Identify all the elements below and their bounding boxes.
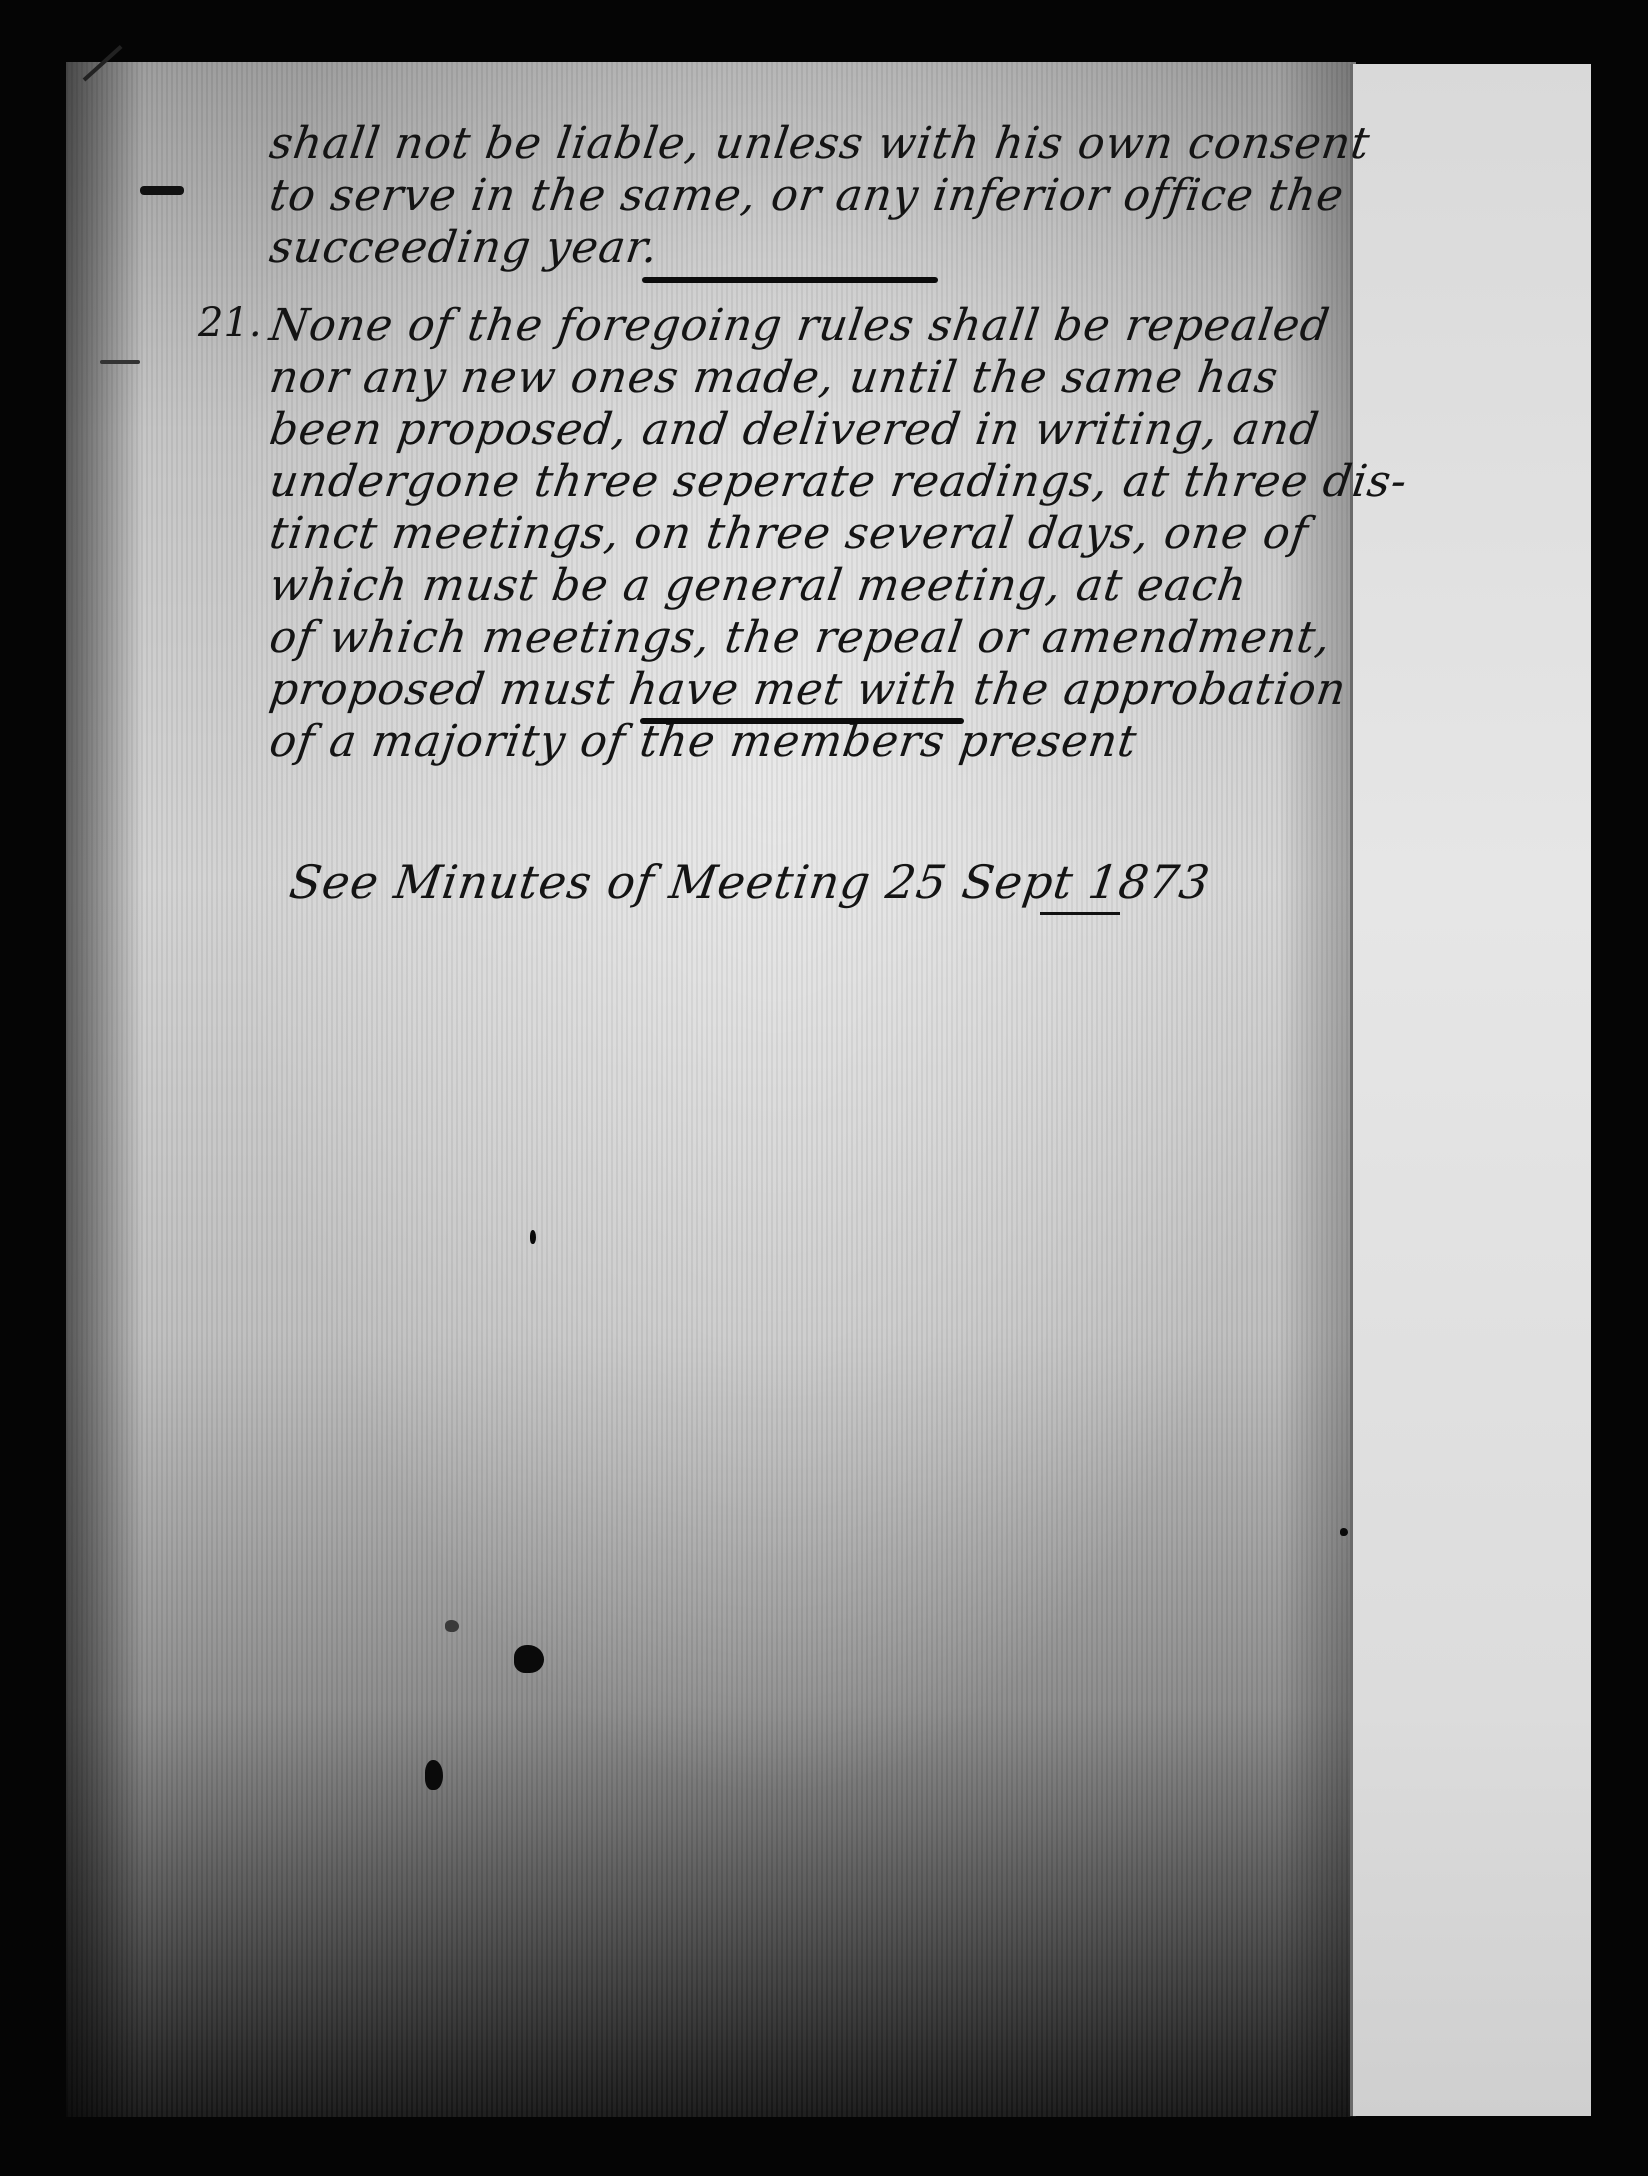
section-divider-2: [640, 718, 964, 724]
rule-21-line-5: tinct meetings, on three several days, o…: [266, 508, 1311, 559]
rule-21-line-4: undergone three seperate readings, at th…: [266, 456, 1410, 507]
rule-21-line-7: of which meetings, the repeal or amendme…: [266, 612, 1334, 663]
continuation-line-1: shall not be liable, unless with his own…: [266, 118, 1373, 169]
ink-spot: [445, 1620, 459, 1632]
rule-21-line-3: been proposed, and delivered in writing,…: [266, 404, 1322, 455]
year-underline: [1040, 912, 1120, 915]
rule-21-line-8: proposed must have met with the approbat…: [266, 664, 1349, 715]
rule-21-line-1: None of the foregoing rules shall be rep…: [266, 300, 1333, 351]
minutes-annotation: See Minutes of Meeting 25 Sept 1873: [286, 855, 1213, 909]
rule-21-line-6: which must be a general meeting, at each: [266, 560, 1250, 611]
ink-blot: [514, 1645, 544, 1673]
ink-dot: [1340, 1528, 1348, 1536]
rule-number: 21.: [198, 300, 262, 346]
continuation-line-3: succeeding year.: [266, 222, 661, 273]
continuation-line-2: to serve in the same, or any inferior of…: [266, 170, 1347, 221]
rule-21-line-2: nor any new ones made, until the same ha…: [266, 352, 1281, 403]
ink-speck: [530, 1230, 536, 1244]
paper-edge-strip: [1350, 64, 1591, 2116]
margin-dash-mark: [140, 186, 184, 195]
section-divider-1: [642, 277, 938, 283]
ink-drip: [425, 1760, 443, 1790]
margin-dots-mark: [100, 360, 140, 364]
